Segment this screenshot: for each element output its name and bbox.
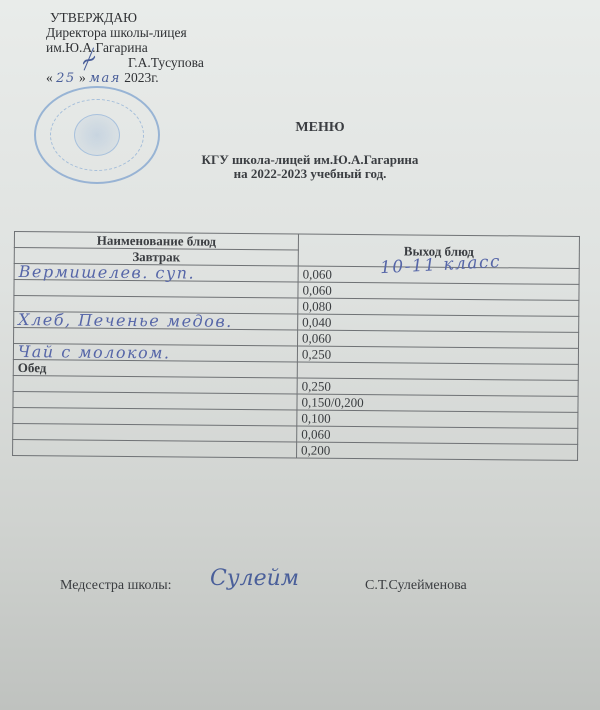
academic-year: на 2022-2023 учебный год. <box>40 166 580 182</box>
dish-output: 0,200 <box>297 442 578 460</box>
approval-position: Директора школы-лицея <box>46 25 204 40</box>
dish-name: Вермишелев. суп. <box>14 264 298 282</box>
document-title: МЕНЮ <box>0 120 600 136</box>
approval-school: им.Ю.А.Гагарина <box>46 40 204 55</box>
approval-date: « 25 » мая 2023г. <box>46 70 204 86</box>
approval-day: 25 <box>56 71 76 86</box>
menu-document: УТВЕРЖДАЮ Директора школы-лицея им.Ю.А.Г… <box>0 0 600 710</box>
dish-name <box>13 439 297 457</box>
approval-block: УТВЕРЖДАЮ Директора школы-лицея им.Ю.А.Г… <box>46 10 204 86</box>
dish-name: Чай с молоком. <box>13 344 297 362</box>
nurse-signature: Сулейм <box>210 566 299 591</box>
approval-heading: УТВЕРЖДАЮ <box>50 10 204 25</box>
approval-signatory: Г.А.Тусупова <box>128 55 204 70</box>
dish-output: 0,150/0,200 <box>297 394 578 412</box>
nurse-label: Медсестра школы: <box>60 578 172 594</box>
dish-name: Хлеб, Печенье медов. <box>14 312 298 330</box>
approval-month: мая <box>89 71 121 86</box>
nurse-name: С.Т.Сулейменова <box>365 578 467 594</box>
